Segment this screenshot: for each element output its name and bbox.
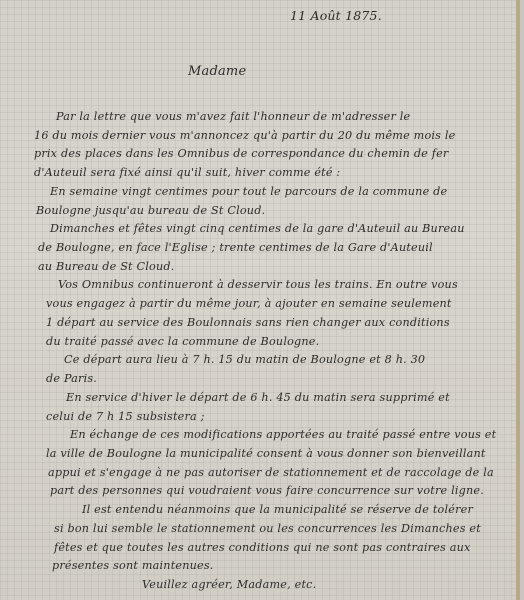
letter-closing: Veuillez agréer, Madame, etc.: [142, 578, 316, 591]
letter-line: prix des places dans les Omnibus de corr…: [34, 147, 448, 160]
letter-line: Vos Omnibus continueront à desservir tou…: [58, 278, 458, 291]
letter-line: celui de 7 h 15 subsistera ;: [46, 410, 205, 423]
letter-line: Boulogne jusqu'au bureau de St Cloud.: [36, 204, 265, 217]
letter-line: du traité passé avec la commune de Boulo…: [46, 335, 319, 348]
letter-line: présentes sont maintenues.: [52, 559, 214, 572]
letter-line: Dimanches et fêtes vingt cinq centimes d…: [50, 222, 465, 235]
letter-line: la ville de Boulogne la municipalité con…: [46, 447, 486, 460]
letter-line: Ce départ aura lieu à 7 h. 15 du matin d…: [64, 353, 425, 366]
letter-line: 16 du mois dernier vous m'annoncez qu'à …: [34, 129, 455, 142]
letter-line: de Paris.: [46, 372, 97, 385]
letter-line: Par la lettre que vous m'avez fait l'hon…: [56, 110, 410, 123]
letter-line: appui et s'engage à ne pas autoriser de …: [48, 466, 494, 479]
letter-line: au Bureau de St Cloud.: [38, 260, 175, 273]
paper-edge: [516, 0, 520, 600]
letter-line: 1 départ au service des Boulonnais sans …: [46, 316, 450, 329]
letter-line: de Boulogne, en face l'Eglise ; trente c…: [38, 241, 433, 254]
letter-line: si bon lui semble le stationnement ou le…: [54, 522, 481, 535]
letter-line: En échange de ces modifications apportée…: [70, 428, 496, 441]
letter-line: Il est entendu néanmoins que la municipa…: [82, 503, 473, 516]
letter-line: part des personnes qui voudraient vous f…: [50, 484, 484, 497]
letter-line: d'Auteuil sera fixé ainsi qu'il suit, hi…: [34, 166, 340, 179]
letter-line: vous engagez à partir du même jour, à aj…: [46, 297, 452, 310]
letter-line: En service d'hiver le départ de 6 h. 45 …: [66, 391, 450, 404]
letter-salutation: Madame: [188, 64, 246, 79]
letter-line: fêtes et que toutes les autres condition…: [54, 541, 471, 554]
letter-line: En semaine vingt centimes pour tout le p…: [50, 185, 447, 198]
letter-page: 11 Août 1875. Madame Par la lettre que v…: [0, 0, 520, 600]
letter-date: 11 Août 1875.: [290, 8, 382, 23]
